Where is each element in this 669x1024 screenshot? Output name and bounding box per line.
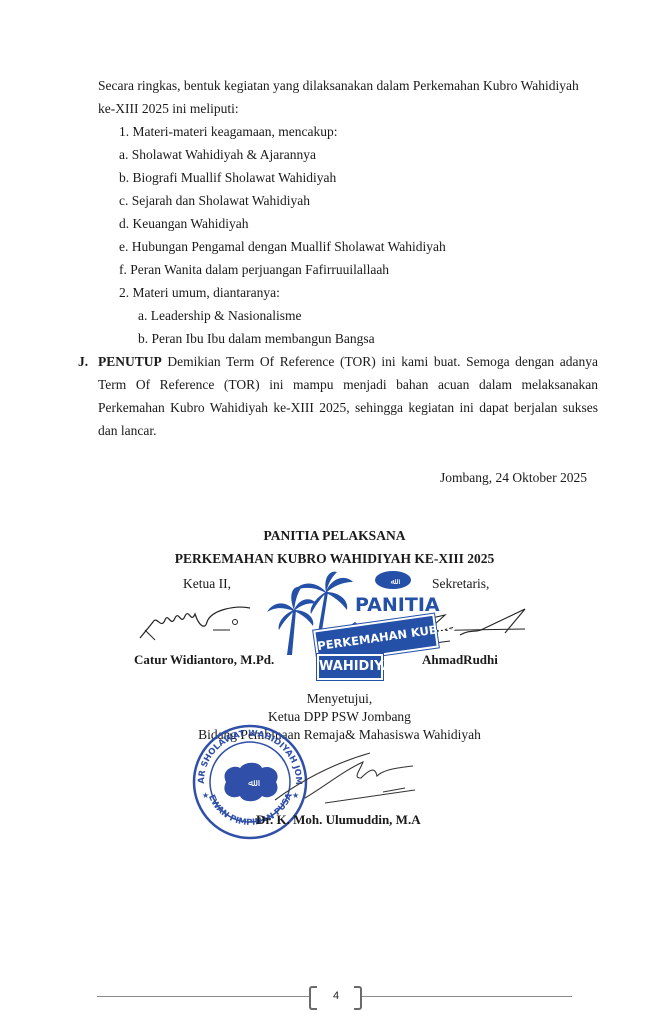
approval-label: Menyetujui, bbox=[5, 690, 669, 708]
committee-title-2: PERKEMAHAN KUBRO WAHIDIYAH KE-XIII 2025 bbox=[0, 550, 669, 568]
intro-line-2: ke-XIII 2025 ini meliputi: bbox=[98, 100, 239, 118]
left-role: Ketua II, bbox=[183, 575, 231, 593]
list1-item: c. Sejarah dan Sholawat Wahidiyah bbox=[119, 192, 310, 210]
closing-text-1: Demikian Term Of Reference (TOR) ini kam… bbox=[167, 354, 598, 369]
stamp-banner-line2: WAHIDIYAH bbox=[317, 654, 383, 680]
approver-signature bbox=[265, 748, 425, 808]
panitia-stamp: ﷲ PANITIA PERKEMAHAN KUBRO WAHIDIYAH bbox=[265, 570, 440, 680]
closing-line-3: Perkemahan Kubro Wahidiyah ke-XIII 2025,… bbox=[98, 399, 598, 417]
right-role: Sekretaris, bbox=[432, 575, 489, 593]
approval-role-2: Bidang Pembinaan Remaja& Mahasiswa Wahid… bbox=[5, 726, 669, 744]
place-date: Jombang, 24 Oktober 2025 bbox=[440, 469, 587, 487]
list1-item: b. Biografi Muallif Sholawat Wahidiyah bbox=[119, 169, 336, 187]
committee-title-1: PANITIA PELAKSANA bbox=[0, 527, 669, 545]
section-title: PENUTUP bbox=[98, 354, 162, 369]
list2-item: b. Peran Ibu Ibu dalam membangun Bangsa bbox=[138, 330, 375, 348]
intro-line-1: Secara ringkas, bentuk kegiatan yang dil… bbox=[98, 77, 579, 95]
list1-item: f. Peran Wanita dalam perjuangan Fafirru… bbox=[119, 261, 389, 279]
closing-line-1: PENUTUP Demikian Term Of Reference (TOR)… bbox=[98, 353, 598, 371]
approver-name: Dr. K. Moh. Ulumuddin, M.A bbox=[256, 812, 421, 828]
footer-rule-left bbox=[97, 996, 309, 997]
left-signatory-name: Catur Widiantoro, M.Pd. bbox=[134, 652, 274, 668]
svg-text:★: ★ bbox=[202, 791, 209, 800]
right-signatory-name: AhmadRudhi bbox=[422, 652, 498, 668]
list2-title: 2. Materi umum, diantaranya: bbox=[119, 284, 280, 302]
footer-rule-right bbox=[362, 996, 572, 997]
left-signature bbox=[135, 600, 275, 645]
list2-item: a. Leadership & Nasionalisme bbox=[138, 307, 301, 325]
list1-item: e. Hubungan Pengamal dengan Muallif Shol… bbox=[119, 238, 446, 256]
page-number: 4 bbox=[317, 987, 355, 1005]
section-letter: J. bbox=[78, 353, 88, 371]
stamp-top-text: PANITIA bbox=[355, 594, 440, 616]
list1-title: 1. Materi-materi keagamaan, mencakup: bbox=[119, 123, 338, 141]
list1-item: d. Keuangan Wahidiyah bbox=[119, 215, 249, 233]
page-bracket-right bbox=[354, 986, 362, 1010]
list1-item: a. Sholawat Wahidiyah & Ajarannya bbox=[119, 146, 316, 164]
approval-role-1: Ketua DPP PSW Jombang bbox=[5, 708, 669, 726]
page-bracket-left bbox=[309, 986, 317, 1010]
closing-line-4: dan lancar. bbox=[98, 422, 156, 440]
closing-line-2: Term Of Reference (TOR) ini mampu menjad… bbox=[98, 376, 598, 394]
